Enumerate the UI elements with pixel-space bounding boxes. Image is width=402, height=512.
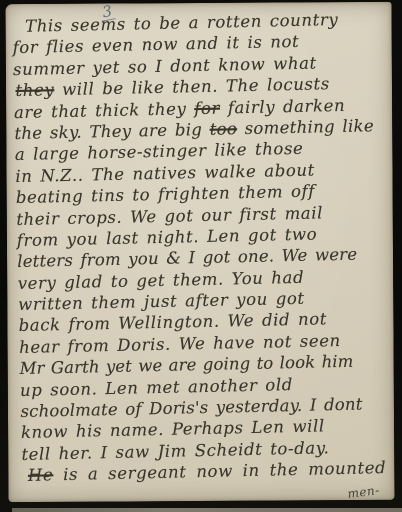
letter-text: something like [237,116,374,138]
struck-text: they [15,80,54,100]
letter-text: the sky. They are big [14,120,210,143]
scan-edge-strip [12,508,402,512]
letter-text: fairly darken [220,95,346,117]
struck-text: too [209,119,237,139]
letter-footnote: men- [346,483,380,501]
letter-text: are that thick they [14,99,195,122]
letter-paper: 3 This seems to be a rotten countryfor f… [5,2,394,502]
letter-body: This seems to be a rotten countryfor fli… [12,8,394,487]
struck-text: for [194,98,220,118]
struck-text: He [28,466,54,486]
